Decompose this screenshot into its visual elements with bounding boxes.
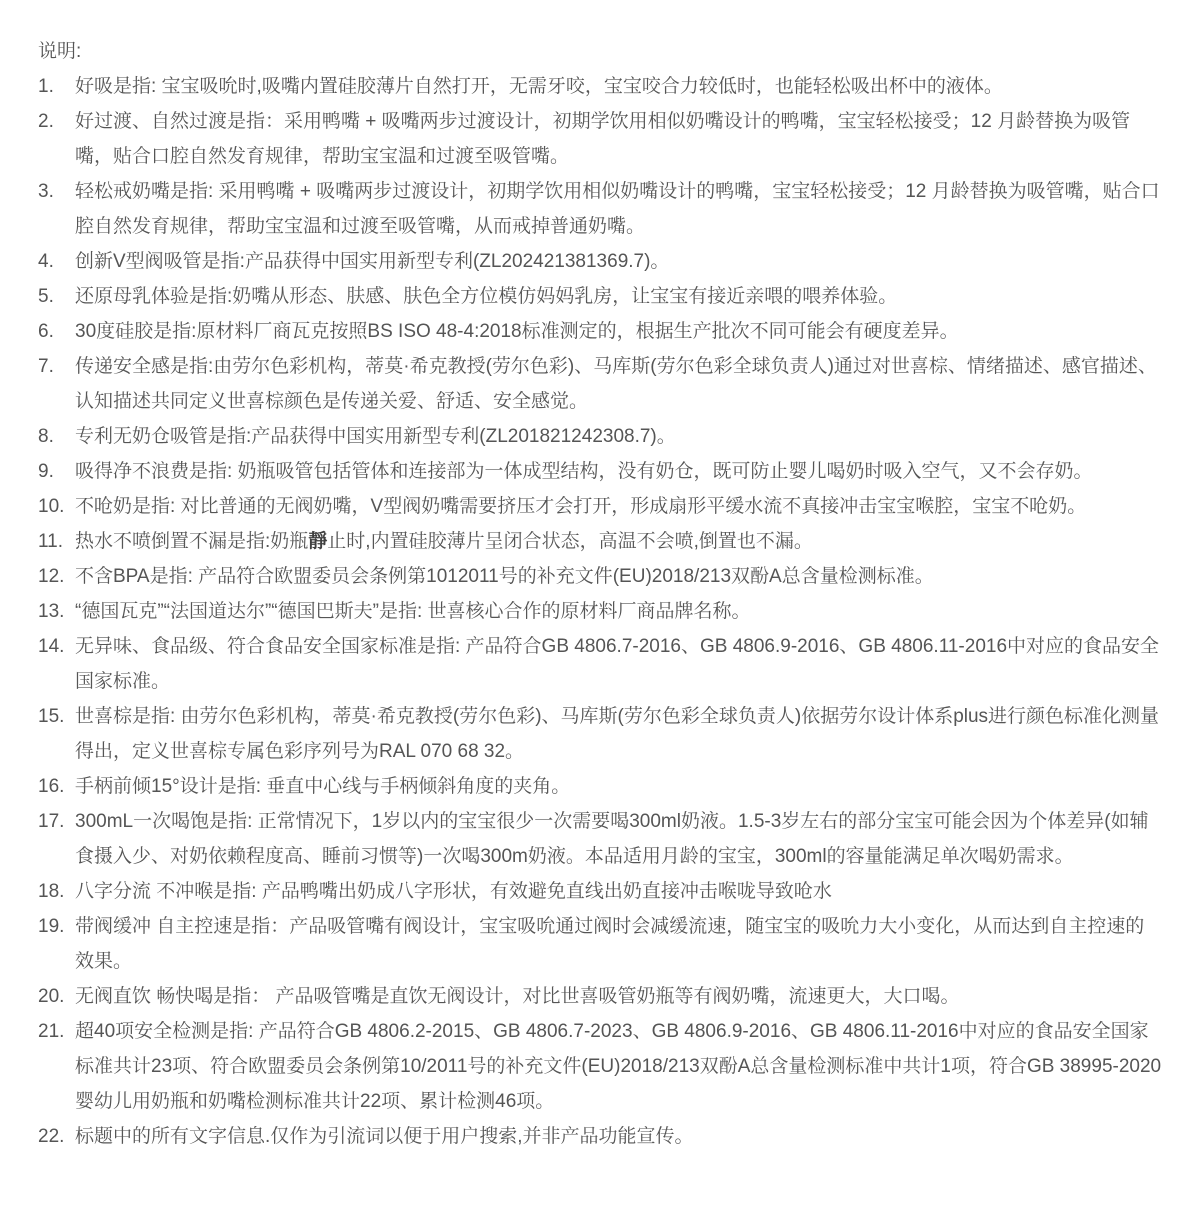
list-item: 18. 八字分流 不冲喉是指: 产品鸭嘴出奶成八字形状，有效避免直线出奶直接冲击… <box>38 874 1162 909</box>
item-text: 八字分流 不冲喉是指: 产品鸭嘴出奶成八字形状，有效避免直线出奶直接冲击喉咙导致… <box>75 881 832 902</box>
item-text: 300mL一次喝饱是指: 正常情况下，1岁以内的宝宝很少一次需要喝300ml奶液… <box>75 811 1149 867</box>
item-text: 专利无奶仓吸管是指:产品获得中国实用新型专利(ZL201821242308.7)… <box>75 426 676 447</box>
item-number: 12. <box>38 559 64 594</box>
list-item: 11. 热水不喷倒置不漏是指:奶瓶靜止时,内置硅胶薄片呈闭合状态，高温不会喷,倒… <box>38 524 1162 559</box>
item-text-segment: 热水不喷倒置不漏是指:奶瓶 <box>75 531 308 552</box>
list-item: 22. 标题中的所有文字信息.仅作为引流词以便于用户搜索,并非产品功能宣传。 <box>38 1119 1162 1154</box>
list-item: 21. 超40项安全检测是指: 产品符合GB 4806.2-2015、GB 48… <box>38 1014 1162 1119</box>
item-number: 6. <box>38 314 54 349</box>
item-text: 不含BPA是指: 产品符合欧盟委员会条例第1012011号的补充文件(EU)20… <box>75 566 934 587</box>
item-text: 传递安全感是指:由劳尔色彩机构，蒂莫·希克教授(劳尔色彩)、马库斯(劳尔色彩全球… <box>75 356 1157 412</box>
item-text: 还原母乳体验是指:奶嘴从形态、肤感、肤色全方位模仿妈妈乳房，让宝宝有接近亲喂的喂… <box>75 286 897 307</box>
item-number: 7. <box>38 349 54 384</box>
list-item: 12. 不含BPA是指: 产品符合欧盟委员会条例第1012011号的补充文件(E… <box>38 559 1162 594</box>
list-item: 5. 还原母乳体验是指:奶嘴从形态、肤感、肤色全方位模仿妈妈乳房，让宝宝有接近亲… <box>38 279 1162 314</box>
item-number: 18. <box>38 874 64 909</box>
item-text: 不呛奶是指: 对比普通的无阀奶嘴，V型阀奶嘴需要挤压才会打开，形成扇形平缓水流不… <box>75 496 1086 517</box>
item-number: 11. <box>38 524 63 559</box>
list-item: 13. “德国瓦克”“法国道达尔”“德国巴斯夫”是指: 世喜核心合作的原材料厂商… <box>38 594 1162 629</box>
item-number: 10. <box>38 489 64 524</box>
list-item: 14. 无异味、食品级、符合食品安全国家标准是指: 产品符合GB 4806.7-… <box>38 629 1162 699</box>
item-text: “德国瓦克”“法国道达尔”“德国巴斯夫”是指: 世喜核心合作的原材料厂商品牌名称… <box>75 601 751 622</box>
item-number: 22. <box>38 1119 64 1154</box>
item-number: 17. <box>38 804 64 839</box>
item-text: 热水不喷倒置不漏是指:奶瓶靜止时,内置硅胶薄片呈闭合状态，高温不会喷,倒置也不漏… <box>75 531 813 552</box>
item-number: 8. <box>38 419 54 454</box>
list-item: 6. 30度硅胶是指:原材料厂商瓦克按照BS ISO 48-4:2018标准测定… <box>38 314 1162 349</box>
item-number: 3. <box>38 174 54 209</box>
item-text: 世喜棕是指: 由劳尔色彩机构，蒂莫·希克教授(劳尔色彩)、马库斯(劳尔色彩全球负… <box>75 706 1159 762</box>
list-item: 7. 传递安全感是指:由劳尔色彩机构，蒂莫·希克教授(劳尔色彩)、马库斯(劳尔色… <box>38 349 1162 419</box>
item-number: 21. <box>38 1014 64 1049</box>
item-text-bold-segment: 靜 <box>308 531 327 552</box>
explanation-document: 说明: 1. 好吸是指: 宝宝吸吮时,吸嘴内置硅胶薄片自然打开，无需牙咬，宝宝咬… <box>0 0 1200 1174</box>
list-item: 15. 世喜棕是指: 由劳尔色彩机构，蒂莫·希克教授(劳尔色彩)、马库斯(劳尔色… <box>38 699 1162 769</box>
item-text: 创新V型阀吸管是指:产品获得中国实用新型专利(ZL202421381369.7)… <box>75 251 669 272</box>
item-text: 标题中的所有文字信息.仅作为引流词以便于用户搜索,并非产品功能宣传。 <box>75 1126 694 1147</box>
item-number: 5. <box>38 279 54 314</box>
list-item: 16. 手柄前倾15°设计是指: 垂直中心线与手柄倾斜角度的夹角。 <box>38 769 1162 804</box>
item-number: 1. <box>38 69 54 104</box>
item-text-segment: 止时,内置硅胶薄片呈闭合状态，高温不会喷,倒置也不漏。 <box>327 531 813 552</box>
item-text: 超40项安全检测是指: 产品符合GB 4806.2-2015、GB 4806.7… <box>75 1021 1161 1112</box>
item-number: 2. <box>38 104 54 139</box>
item-number: 15. <box>38 699 64 734</box>
item-number: 14. <box>38 629 64 664</box>
item-text: 30度硅胶是指:原材料厂商瓦克按照BS ISO 48-4:2018标准测定的，根… <box>75 321 959 342</box>
explanation-list: 1. 好吸是指: 宝宝吸吮时,吸嘴内置硅胶薄片自然打开，无需牙咬，宝宝咬合力较低… <box>38 69 1162 1154</box>
list-item: 3. 轻松戒奶嘴是指: 采用鸭嘴 + 吸嘴两步过渡设计，初期学饮用相似奶嘴设计的… <box>38 174 1162 244</box>
item-number: 19. <box>38 909 64 944</box>
item-text: 吸得净不浪费是指: 奶瓶吸管包括管体和连接部为一体成型结构，没有奶仓，既可防止婴… <box>75 461 1093 482</box>
list-item: 1. 好吸是指: 宝宝吸吮时,吸嘴内置硅胶薄片自然打开，无需牙咬，宝宝咬合力较低… <box>38 69 1162 104</box>
list-item: 8. 专利无奶仓吸管是指:产品获得中国实用新型专利(ZL201821242308… <box>38 419 1162 454</box>
item-text: 轻松戒奶嘴是指: 采用鸭嘴 + 吸嘴两步过渡设计，初期学饮用相似奶嘴设计的鸭嘴，… <box>75 181 1160 237</box>
item-text: 手柄前倾15°设计是指: 垂直中心线与手柄倾斜角度的夹角。 <box>75 776 570 797</box>
item-text: 好吸是指: 宝宝吸吮时,吸嘴内置硅胶薄片自然打开，无需牙咬，宝宝咬合力较低时，也… <box>75 76 1003 97</box>
item-number: 4. <box>38 244 54 279</box>
item-text: 带阀缓冲 自主控速是指：产品吸管嘴有阀设计，宝宝吸吮通过阀时会减缓流速，随宝宝的… <box>75 916 1144 972</box>
list-item: 19. 带阀缓冲 自主控速是指：产品吸管嘴有阀设计，宝宝吸吮通过阀时会减缓流速，… <box>38 909 1162 979</box>
item-text: 无异味、食品级、符合食品安全国家标准是指: 产品符合GB 4806.7-2016… <box>75 636 1159 692</box>
page-title: 说明: <box>38 34 1162 69</box>
list-item: 2. 好过渡、自然过渡是指：采用鸭嘴 + 吸嘴两步过渡设计，初期学饮用相似奶嘴设… <box>38 104 1162 174</box>
item-number: 9. <box>38 454 54 489</box>
list-item: 17. 300mL一次喝饱是指: 正常情况下，1岁以内的宝宝很少一次需要喝300… <box>38 804 1162 874</box>
item-number: 13. <box>38 594 64 629</box>
list-item: 20. 无阀直饮 畅快喝是指： 产品吸管嘴是直饮无阀设计，对比世喜吸管奶瓶等有阀… <box>38 979 1162 1014</box>
list-item: 9. 吸得净不浪费是指: 奶瓶吸管包括管体和连接部为一体成型结构，没有奶仓，既可… <box>38 454 1162 489</box>
item-number: 20. <box>38 979 64 1014</box>
item-text: 无阀直饮 畅快喝是指： 产品吸管嘴是直饮无阀设计，对比世喜吸管奶瓶等有阀奶嘴，流… <box>75 986 960 1007</box>
list-item: 10. 不呛奶是指: 对比普通的无阀奶嘴，V型阀奶嘴需要挤压才会打开，形成扇形平… <box>38 489 1162 524</box>
item-text: 好过渡、自然过渡是指：采用鸭嘴 + 吸嘴两步过渡设计，初期学饮用相似奶嘴设计的鸭… <box>75 111 1130 167</box>
item-number: 16. <box>38 769 64 804</box>
list-item: 4. 创新V型阀吸管是指:产品获得中国实用新型专利(ZL202421381369… <box>38 244 1162 279</box>
